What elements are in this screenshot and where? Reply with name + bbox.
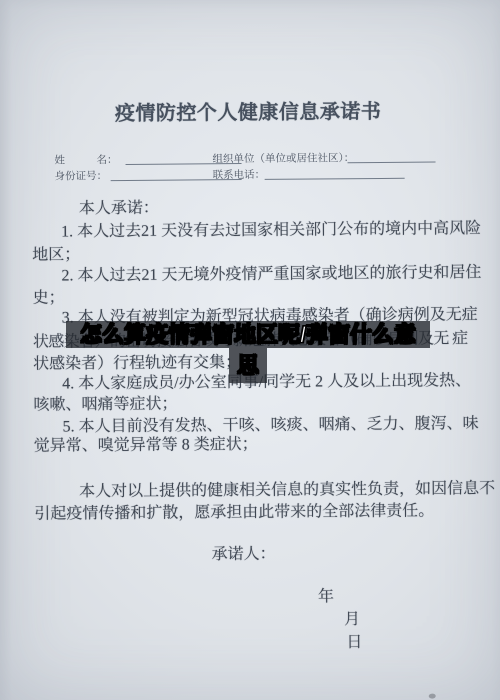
- name-field-label: 姓 名：: [54, 152, 117, 167]
- org-field-label: 组织单位（单位或居住社区）：: [212, 150, 354, 166]
- date-month-label: 月: [344, 606, 360, 629]
- paper-speck: [429, 694, 436, 699]
- date-day-label: 日: [346, 629, 362, 652]
- promiser-label: 承诺人：: [212, 541, 276, 565]
- clause-4-line-2: 咳嗽、咽痛等症状；: [33, 391, 177, 415]
- commitment-heading: 本人承诺：: [79, 195, 159, 219]
- caption-overlay: 怎么算疫情弹窗地区呢/弹窗什么意 思: [66, 321, 430, 383]
- org-field-line: [348, 161, 436, 164]
- phone-field-label: 联系电话：: [213, 167, 266, 182]
- clause-5-line-2: 觉异常、嗅觉异常等 8 类症状；: [34, 431, 258, 456]
- declaration-line-2: 引起疫情传播和扩散，愿承担由此带来的全部法律责任。: [34, 498, 434, 524]
- caption-text-line-1: 怎么算疫情弹窗地区呢/弹窗什么意: [66, 321, 430, 348]
- declaration-line-1: 本人对以上提供的健康相关信息的真实性负责，如因信息不 实: [79, 475, 500, 501]
- clause-2-line-2: 史；: [32, 284, 64, 307]
- photo-of-health-commitment-form: 疫情防控个人健康信息承诺书 姓 名： 组织单位（单位或居住社区）： 身份证号： …: [0, 0, 500, 700]
- clause-2-line-1: 2. 本人过去21 天无境外疫情严重国家或地区的旅行史和居住: [61, 259, 481, 285]
- phone-field-line: [265, 177, 405, 180]
- date-line: 年 月 日: [294, 565, 363, 671]
- id-field-label: 身份证号：: [55, 168, 108, 183]
- clause-1-line-2: 地区；: [32, 241, 80, 264]
- date-year-label: 年: [318, 583, 334, 606]
- document-title: 疫情防控个人健康信息承诺书: [0, 94, 498, 127]
- clause-1-line-1: 1. 本人过去21 天没有去过国家相关部门公布的境内中高风险: [61, 215, 481, 241]
- caption-text-line-2: 思: [229, 348, 267, 383]
